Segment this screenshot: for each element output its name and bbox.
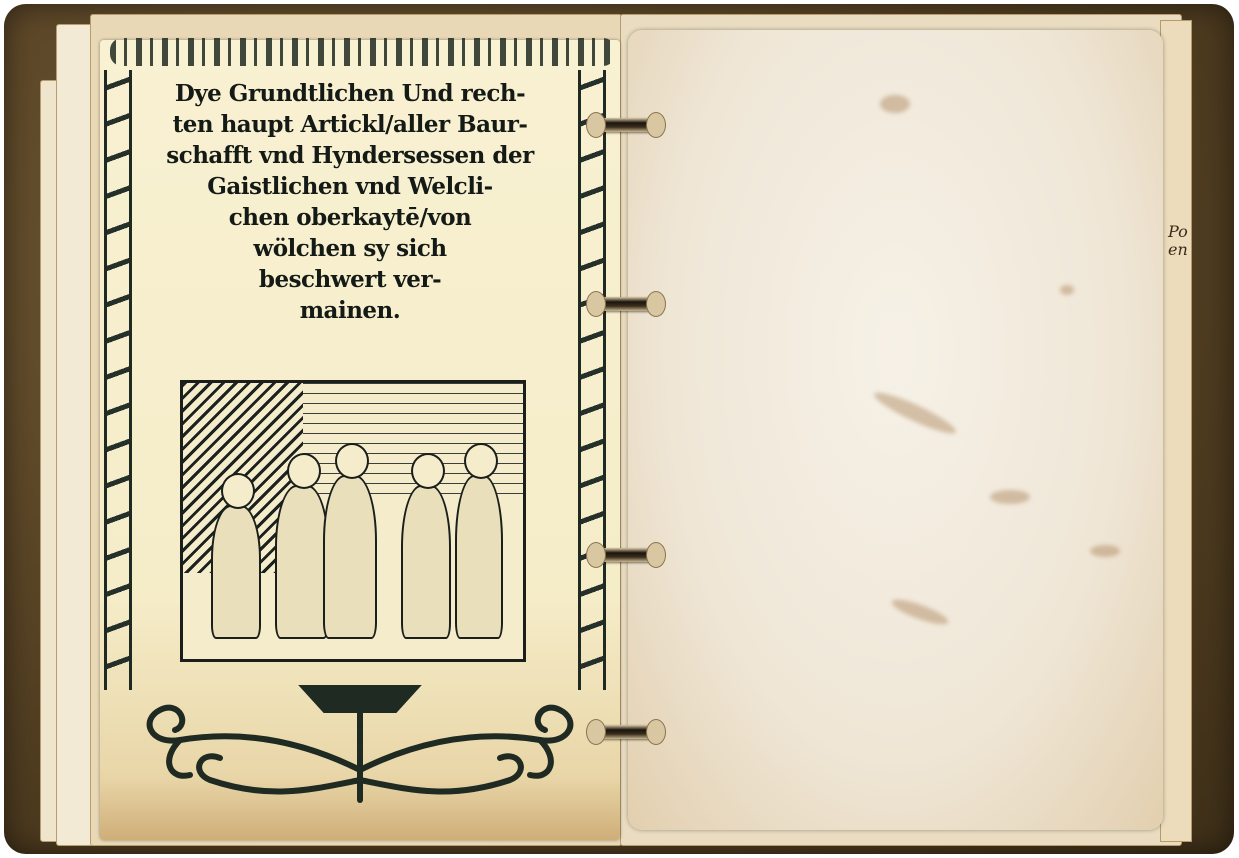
paper-stain: [880, 95, 910, 113]
woodcut-illustration: [180, 380, 526, 662]
seated-figure-icon: [323, 475, 377, 639]
title-line: beschwert ver-: [150, 264, 550, 295]
right-border-column: [578, 70, 606, 690]
binder-ring: [590, 118, 662, 132]
standing-figure-icon: [401, 485, 451, 639]
binder-ring: [590, 297, 662, 311]
title-line: Dye Grundtlichen Und rech-: [150, 78, 550, 109]
title-line: Gaistlichen vnd Welcli-: [150, 171, 550, 202]
paper-stain: [990, 490, 1030, 504]
paper-stain: [1090, 545, 1120, 557]
binder-ring: [590, 725, 662, 739]
binder-ring: [590, 548, 662, 562]
title-line: wölchen sy sich: [150, 233, 550, 264]
title-line: ten haupt Artickl/aller Baur-: [150, 109, 550, 140]
seated-figure-icon: [211, 505, 261, 639]
title-line: chen oberkaytē/von: [150, 202, 550, 233]
edge-note-2: en: [1168, 240, 1188, 259]
seated-figure-icon: [275, 485, 329, 639]
edge-note-1: Po: [1168, 222, 1188, 241]
page-edge-tab: [1160, 20, 1192, 842]
right-page-blank: [628, 30, 1163, 830]
page-title: Dye Grundtlichen Und rech- ten haupt Art…: [150, 78, 550, 326]
dragon-chalice-ornament-icon: [120, 680, 600, 810]
paper-stain: [1060, 285, 1074, 295]
title-line: schafft vnd Hyndersessen der: [150, 140, 550, 171]
top-border-ornament: [110, 38, 615, 66]
standing-figure-icon: [455, 475, 503, 639]
title-line: mainen.: [150, 295, 550, 326]
left-border-column: [104, 70, 132, 690]
